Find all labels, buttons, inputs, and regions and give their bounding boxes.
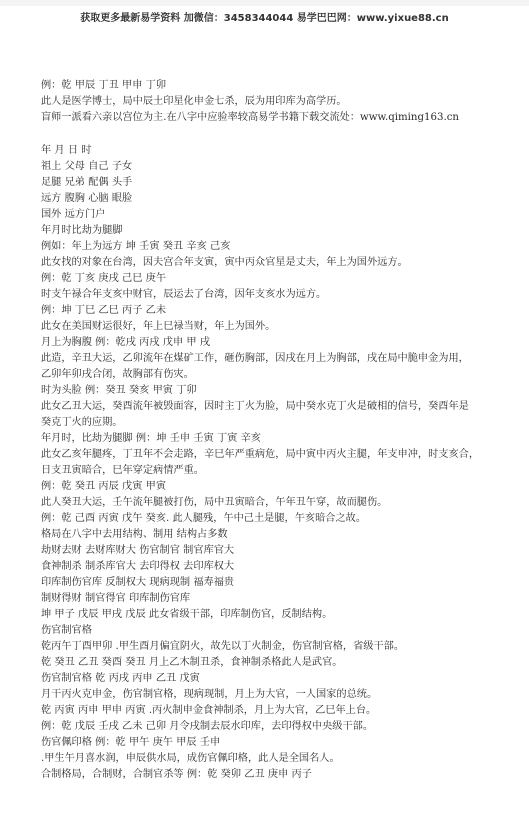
example-13-chart: 伤官制官格 乾 丙戌 丙申 乙丑 戊寅 bbox=[41, 672, 200, 686]
example-16-chart: 伤官佩印格 例：乾 甲午 庚午 甲辰 壬申 bbox=[41, 736, 220, 750]
example-2-chart: 例如：年上为远方 坤 壬寅 癸丑 辛亥 己亥 bbox=[41, 240, 230, 254]
structure-row-4: 制财得财 制官得官 印库制伤官库 bbox=[41, 592, 190, 606]
example-12: 乾 癸丑 乙丑 癸酉 癸丑 月上乙木制丑杀，食神制杀格此人是武官。 bbox=[41, 656, 342, 670]
palace-row-body: 足腿 兄弟 配偶 头手 bbox=[41, 176, 132, 190]
example-16-note: .甲生午月喜水润，申辰供水局，成伤官佩印格，此人是全国名人。 bbox=[41, 752, 340, 766]
example-4-chart: 例：坤 丁巳 乙巳 丙子 乙未 bbox=[41, 304, 166, 318]
source-note: 盲师一派看六亲以宫位为主.在八字中应验率较高易学书籍下载交流处：www.qimi… bbox=[41, 111, 459, 125]
example-14: 乾 丙寅 丙申 甲申 丙寅 .丙火制申金食神制杀，月上为大官，乙巳年上台。 bbox=[41, 704, 376, 718]
example-13-note: 月干丙火克申金，伤官制官格，现病现制，月上为大官，一人国家的总统。 bbox=[41, 688, 377, 702]
example-3-chart: 例：乾 丁亥 庚戌 己巳 庚午 bbox=[41, 272, 166, 286]
example-6-note-cont: 癸克丁火的应期。 bbox=[41, 416, 123, 430]
example-7-note: 此女乙亥年腿疼，丁丑年不会走路，辛巳年严重病危，局中寅中丙火主腿，年支申冲，时支… bbox=[41, 448, 479, 462]
structure-row-1: 劫财去财 去财库财大 伤官制官 制官库官大 bbox=[41, 544, 234, 558]
section-legs-feet: 年月时比劫为腿脚 bbox=[41, 224, 123, 238]
example-8-note: 此人癸丑大运，壬午流年腿被打伤，局中丑寅暗合，午年丑午穿，故而腿伤。 bbox=[41, 496, 387, 510]
example-5-note-cont: 乙卯年卯戌合闭，故胸部有伤灾。 bbox=[41, 368, 194, 382]
example-7-note-cont: 日支丑寅暗合，巳年穿定病情严重。 bbox=[41, 464, 204, 478]
example-8-chart: 例：乾 癸丑 丙辰 戊寅 甲寅 bbox=[41, 480, 166, 494]
example-5-chart: 月上为胸腹 例：乾戌 丙戌 戊申 甲 戌 bbox=[41, 336, 210, 350]
structure-row-3: 印库制伤官库 反制权大 现病现制 福寿福贵 bbox=[41, 576, 234, 590]
example-10: 坤 甲子 戊辰 甲戌 戊辰 此女省级干部，印库制伤官，反制结构。 bbox=[41, 608, 332, 622]
example-7-chart: 年月时，比劫为腿脚 例：坤 壬申 壬寅 丁寅 辛亥 bbox=[41, 432, 261, 446]
palace-header: 年 月 日 时 bbox=[41, 144, 91, 158]
palace-row-distance: 国外 远方门户 bbox=[41, 208, 105, 222]
example-5-note: 此造，辛丑大运，乙卯流年在煤矿工作，砸伤胸部，因戌在月上为胸部，戌在局中脆申金为… bbox=[41, 352, 469, 366]
example-11: 乾丙午丁酉甲卯 .甲生酉月偏宜阴火，故先以丁火制金，伤官制官格，省级干部。 bbox=[41, 640, 404, 654]
example-1-note: 此人是医学博士，局中辰土印星化申金七杀，辰为用印库为高学历。 bbox=[41, 95, 347, 109]
example-6-note: 此女乙丑大运，癸酉流年被毁面容，因时主丁火为脸，局中癸水克丁火是破相的信号，癸酉… bbox=[41, 400, 469, 414]
watermark-banner: 获取更多最新易学资料 加微信：3458344044 易学巴巴网：www.yixu… bbox=[0, 9, 529, 24]
example-2-note: 此女找的对象在台湾，因夫宫合年支寅，寅中丙众官星是丈夫，年上为国外远方。 bbox=[41, 256, 408, 270]
example-1-chart: 例：乾 甲辰 丁丑 甲申 丁卯 bbox=[41, 79, 166, 93]
example-9: 例：乾 己酉 丙寅 戊午 癸亥. 此人腿残，午中己土是腿，午亥暗合之故。 bbox=[41, 512, 366, 526]
section-shangguan-zhiguan: 伤官制官格 bbox=[41, 624, 92, 638]
example-6-chart: 时为头脸 例：癸丑 癸亥 甲寅 丁卯 bbox=[41, 384, 197, 398]
top-strip bbox=[0, 0, 529, 6]
example-15: 例：乾 戊辰 壬戌 乙未 己卯 月令戌制去辰水印库，去印得权中央级干部。 bbox=[41, 720, 373, 734]
palace-row-relatives: 祖上 父母 自己 子女 bbox=[41, 160, 132, 174]
section-structure: 格局在八字中去用结构、制用 结构占多数 bbox=[41, 528, 228, 542]
example-4-note: 此女在美国财运很好，年上巳禄当财，年上为国外。 bbox=[41, 320, 275, 334]
example-3-note: 时支午禄合年支亥中财官，辰运去了台湾，因年支亥水为远方。 bbox=[41, 288, 326, 302]
structure-row-2: 食神制杀 制杀库官大 去印得权 去印库权大 bbox=[41, 560, 234, 574]
example-17: 合制格局，合制财，合制官杀等 例：乾 癸卯 乙丑 庚申 丙子 bbox=[41, 768, 312, 782]
palace-row-organs: 远方 腹胸 心脑 眼脸 bbox=[41, 192, 132, 206]
